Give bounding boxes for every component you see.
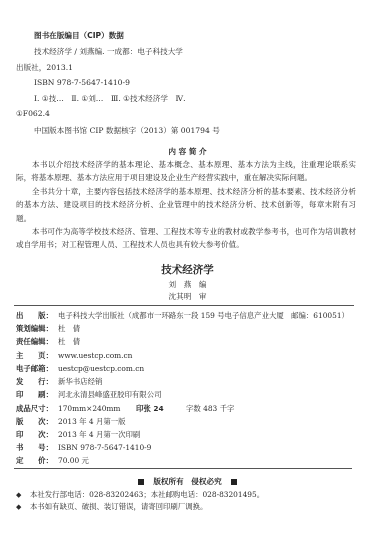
- value: 新华书店经销: [58, 377, 102, 386]
- label: 责任编辑：: [16, 337, 58, 347]
- label: 印 次：: [16, 430, 58, 440]
- label: 印 刷：: [16, 390, 58, 400]
- colophon-printer: 印 刷：河北永清县峰盛亚胶印有限公司: [16, 390, 161, 400]
- label: 定 价：: [16, 456, 58, 466]
- rights-heading-row: 版权所有 侵权必究: [0, 477, 375, 487]
- note-text: 本书如有缺页、破损、装订错误，请寄回印刷厂调换。: [30, 502, 207, 511]
- cip-isbn: ISBN 978-7-5647-1410-9: [34, 78, 130, 88]
- cip-line-2: 出版社，2013.1: [16, 63, 73, 73]
- top-divider: [14, 305, 354, 306]
- book-title: 技术经济学: [0, 262, 375, 277]
- reviewer-line: 沈其明 审: [0, 292, 375, 302]
- value: 2013 年 4 月第一次印刷: [58, 430, 140, 439]
- summary-paragraph-3: 本书可作为高等学校技术经济、管理、工程技术等专业的教材或教学参考书，也可作为培训…: [16, 225, 356, 252]
- colophon-homepage: 主 页：www.uestcp.com.cn: [16, 351, 132, 361]
- author-line: 刘 燕 编: [0, 280, 375, 290]
- label: 成品尺寸：: [16, 404, 58, 414]
- value: 电子科技大学出版社（成都市一环路东一段 159 号电子信息产业大厦 邮编：610…: [58, 311, 349, 320]
- colophon-edition: 版 次：2013 年 4 月第一版: [16, 417, 126, 427]
- cip-classification: Ⅰ. ①技… Ⅱ. ①刘… Ⅲ. ①技术经济学 Ⅳ.: [34, 94, 186, 104]
- colophon-responsible-editor: 责任编辑：杜 倩: [16, 337, 80, 347]
- rights-note-1: ◆本社发行部电话：028-83202463；本社邮购电话：028-8320149…: [16, 490, 264, 500]
- label: 书 号：: [16, 443, 58, 453]
- colophon-publisher: 出 版：电子科技大学出版社（成都市一环路东一段 159 号电子信息产业大厦 邮编…: [16, 311, 349, 321]
- value: ISBN 978-7-5647-1410-9: [58, 443, 151, 452]
- label: 发 行：: [16, 377, 58, 387]
- cip-line-1: 技术经济学 / 刘燕编. 一成都：电子科技大学: [34, 47, 183, 57]
- colophon-planning-editor: 策划编辑：杜 倩: [16, 324, 80, 334]
- square-icon: [138, 479, 144, 485]
- summary-heading: 内 容 简 介: [0, 147, 375, 157]
- label: 版 次：: [16, 417, 58, 427]
- colophon-price: 定 价：70.00 元: [16, 456, 89, 466]
- sheets: 印张 24: [136, 404, 186, 414]
- value: 河北永清县峰盛亚胶印有限公司: [58, 390, 161, 399]
- summary-paragraph-2: 全书共分十章，主要内容包括技术经济学的基本原理、技术经济分析的基本要素、技术经济…: [16, 185, 356, 225]
- email-link[interactable]: uestcp@uestcp.com.cn: [58, 364, 144, 373]
- value: 杜 倩: [58, 324, 80, 333]
- note-text: 本社发行部电话：028-83202463；本社邮购电话：028-83201495…: [30, 490, 264, 499]
- cip-heading: 图书在版编目（CIP）数据: [34, 31, 124, 41]
- colophon-printing: 印 次：2013 年 4 月第一次印刷: [16, 430, 140, 440]
- label: 策划编辑：: [16, 324, 58, 334]
- square-icon: [231, 479, 237, 485]
- colophon-email: 电子邮箱：uestcp@uestcp.com.cn: [16, 364, 144, 374]
- label: 电子邮箱：: [16, 364, 58, 374]
- cip-clc: ①F062.4: [16, 109, 50, 119]
- rights-note-2: ◆本书如有缺页、破损、装订错误，请寄回印刷厂调换。: [16, 502, 207, 512]
- homepage-link[interactable]: www.uestcp.com.cn: [58, 351, 132, 360]
- label: 主 页：: [16, 351, 58, 361]
- value: 杜 倩: [58, 337, 80, 346]
- bottom-divider: [14, 468, 352, 469]
- word-count: 字数 483 千字: [186, 404, 234, 413]
- colophon-size: 成品尺寸：170mm×240mm印张 24字数 483 千字: [16, 404, 234, 414]
- diamond-bullet-icon: ◆: [16, 490, 30, 500]
- cip-approval: 中国版本图书馆 CIP 数据核字（2013）第 001794 号: [34, 126, 220, 136]
- value: 70.00 元: [58, 456, 89, 465]
- diamond-bullet-icon: ◆: [16, 502, 30, 512]
- value: 2013 年 4 月第一版: [58, 417, 126, 426]
- value: 170mm×240mm: [58, 404, 136, 414]
- summary-paragraph-1: 本书以介绍技术经济学的基本理论、基本概念、基本原理、基本方法为主线，注重理论联系…: [16, 158, 356, 185]
- colophon-isbn: 书 号：ISBN 978-7-5647-1410-9: [16, 443, 151, 453]
- rights-heading: 版权所有 侵权必究: [153, 477, 221, 486]
- colophon-distribution: 发 行：新华书店经销: [16, 377, 102, 387]
- label: 出 版：: [16, 311, 58, 321]
